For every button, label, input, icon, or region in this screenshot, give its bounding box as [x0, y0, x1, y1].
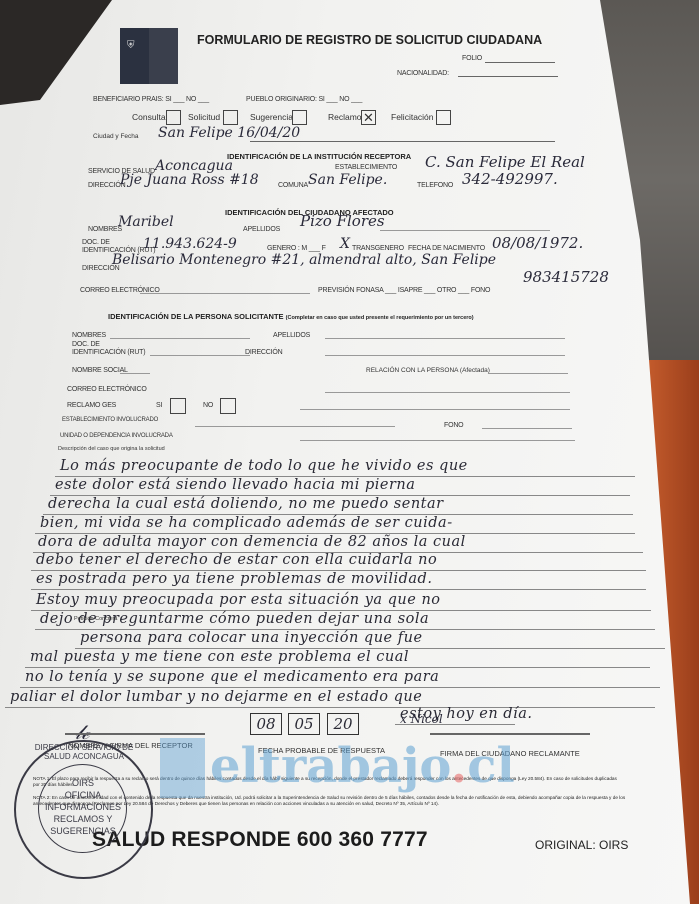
- solicitante-heading: IDENTIFICACIÓN DE LA PERSONA SOLICITANTE…: [108, 312, 474, 321]
- reclamo-checkbox[interactable]: ✕: [361, 110, 376, 125]
- stamp-line-sugerencias: SUGERENCIAS: [38, 826, 128, 836]
- description-line: bien, mi vida se ha complicado además de…: [40, 515, 453, 531]
- solicitante-correo-label: CORREO ELECTRÓNICO: [67, 386, 147, 393]
- afectado-nombres-label: NOMBRES: [88, 226, 122, 233]
- genero-value[interactable]: X: [340, 236, 350, 252]
- original-label: ORIGINAL: OIRS: [535, 838, 628, 852]
- ges-no-label: NO: [203, 402, 213, 409]
- solicitante-doc-label-2: IDENTIFICACIÓN (RUT): [72, 349, 145, 356]
- solicitante-rut-field[interactable]: [150, 355, 250, 356]
- afectado-apellidos-label: APELLIDOS: [243, 226, 280, 233]
- watermark-logo-icon: [160, 738, 205, 798]
- stamp-outer-text: DIRECCIÓN SERVICIO DE SALUD ACONCAGUA: [34, 743, 134, 761]
- establecimiento-involucrado-label: ESTABLECIMIENTO INVOLUCRADO: [62, 417, 158, 423]
- institucion-heading: IDENTIFICACIÓN DE LA INSTITUCIÓN RECEPTO…: [227, 152, 411, 161]
- solicitante-nombres-field[interactable]: [110, 338, 250, 339]
- folio-label: FOLIO: [462, 55, 482, 62]
- form-title: FORMULARIO DE REGISTRO DE SOLICITUD CIUD…: [197, 33, 542, 47]
- ges-no-checkbox[interactable]: [220, 398, 236, 414]
- sugerencia-label: Sugerencia: [250, 112, 293, 122]
- solicitante-correo-field[interactable]: [325, 392, 570, 393]
- stamp-line-oficina: OFICINA: [48, 790, 118, 800]
- firma-receptor-line: [65, 733, 205, 735]
- descripcion-label: Descripción del caso que origina la soli…: [58, 446, 165, 452]
- description-line: Estoy muy preocupada por esta situación …: [36, 592, 441, 608]
- description-line: derecha la cual está doliendo, no me pue…: [48, 496, 444, 512]
- fecha-respuesta-anio[interactable]: 20: [327, 713, 359, 735]
- description-line: no lo tenía y se supone que el medicamen…: [25, 669, 439, 685]
- solicitante-fono-label: FONO: [444, 422, 463, 429]
- ges-si-label: SI: [156, 402, 162, 409]
- solicitante-heading-text: IDENTIFICACIÓN DE LA PERSONA SOLICITANTE: [108, 312, 284, 321]
- official-stamp: DIRECCIÓN SERVICIO DE SALUD ACONCAGUA OI…: [14, 740, 153, 879]
- consulta-label: Consulta: [132, 112, 166, 122]
- description-ruled-line: [25, 667, 650, 668]
- stamp-line-informaciones: INFORMACIONES: [38, 802, 128, 812]
- establecimiento-value[interactable]: C. San Felipe El Real: [425, 153, 585, 171]
- ciudad-fecha-value[interactable]: San Felipe 16/04/20: [158, 125, 300, 141]
- felicitacion-checkbox[interactable]: [436, 110, 451, 125]
- sugerencia-checkbox[interactable]: [292, 110, 307, 125]
- felicitacion-label: Felicitación: [391, 112, 434, 122]
- description-ruled-line: [5, 707, 655, 708]
- afectado-apellidos-value[interactable]: Pizo Flores: [300, 212, 385, 230]
- solicitante-apellidos-label: APELLIDOS: [273, 332, 310, 339]
- watermark-dot: .: [451, 738, 468, 794]
- fecha-respuesta-dia[interactable]: 08: [250, 713, 282, 735]
- unidad-involucrada-field[interactable]: [300, 440, 575, 441]
- description-line: persona para colocar una inyección que f…: [80, 630, 423, 646]
- watermark-text: eltrabajo: [210, 738, 451, 794]
- correo-afectado-field[interactable]: [140, 293, 310, 294]
- reclamo-label: Reclamo: [328, 112, 362, 122]
- ministry-logo: ⛨: [120, 28, 178, 84]
- establecimiento-label: ESTABLECIMIENTO: [335, 164, 397, 171]
- establecimiento-involucrado-field[interactable]: [195, 426, 395, 427]
- telefono-label: TELEFONO: [417, 182, 453, 189]
- solicitante-doc-label: DOC. DEIDENTIFICACIÓN (RUT): [72, 341, 145, 357]
- solicitud-label: Solicitud: [188, 112, 220, 122]
- solicitante-doc-label-1: DOC. DE: [72, 341, 100, 348]
- stamp-line-oirs: OIRS: [48, 778, 118, 788]
- ges-si-checkbox[interactable]: [170, 398, 186, 414]
- solicitante-nombres-label: NOMBRES: [72, 332, 106, 339]
- description-line: dora de adulta mayor con demencia de 82 …: [38, 534, 466, 550]
- ges-line: [300, 409, 570, 410]
- nombre-social-field[interactable]: [120, 373, 150, 374]
- fecha-respuesta-mes[interactable]: 05: [288, 713, 320, 735]
- stamp-line-reclamos: RECLAMOS Y: [38, 814, 128, 824]
- description-line: debo tener el derecho de estar con ella …: [36, 552, 437, 568]
- peticion-concreta-label: Petición Concreta: [74, 616, 117, 622]
- fono-afectado-value[interactable]: 983415728: [523, 268, 609, 286]
- beneficiario-prais-label: BENEFICIARIO PRAIS: SI ___ NO ___: [93, 96, 209, 103]
- watermark-tld: cl: [467, 738, 514, 794]
- description-line: este dolor está siendo llevado hacia mi …: [55, 477, 415, 493]
- ciudad-fecha-label: Ciudad y Fecha: [93, 133, 139, 140]
- transgenero-label: TRANSGENERO: [352, 245, 404, 252]
- apellidos-line: [380, 230, 550, 231]
- description-line: paliar el dolor lumbar y no dejarme en e…: [10, 689, 422, 705]
- pueblo-originario-label: PUEBLO ORIGINARIO: SI ___ NO ___: [246, 96, 362, 103]
- description-line: es postrada pero ya tiene problemas de m…: [36, 571, 432, 587]
- nacionalidad-label: NACIONALIDAD:: [397, 70, 449, 77]
- relacion-label: RELACIÓN CON LA PERSONA (Afectada): [366, 367, 490, 374]
- firma-ciudadano-signature: x Nicol: [400, 712, 443, 726]
- firma-ciudadano-line: [430, 733, 590, 735]
- watermark: eltrabajo.cl: [210, 738, 515, 794]
- prevision-label: PREVISIÓN FONASA ___ ISAPRE ___ OTRO ___…: [318, 287, 490, 294]
- folio-field[interactable]: [485, 62, 555, 63]
- nacionalidad-field[interactable]: [458, 76, 558, 77]
- coat-of-arms-icon: ⛨: [127, 40, 135, 51]
- relacion-field[interactable]: [488, 373, 568, 374]
- doc-label-1: DOC. DE: [82, 239, 110, 246]
- fecha-nacimiento-value[interactable]: 08/08/1972.: [492, 234, 583, 252]
- consulta-checkbox[interactable]: [166, 110, 181, 125]
- solicitante-heading-note: (Completar en caso que usted presente el…: [286, 315, 474, 321]
- genero-label: GENERO : M ___ F: [267, 245, 326, 252]
- solicitante-direccion-label: DIRECCIÓN: [245, 349, 282, 356]
- solicitante-fono-field[interactable]: [482, 428, 572, 429]
- solicitante-apellidos-field[interactable]: [325, 338, 565, 339]
- solicitante-direccion-field[interactable]: [325, 355, 565, 356]
- afectado-nombres-value[interactable]: Maribel: [118, 214, 174, 230]
- form-paper: ⛨ FORMULARIO DE REGISTRO DE SOLICITUD CI…: [0, 0, 699, 904]
- description-line: Lo más preocupante de todo lo que he viv…: [60, 458, 468, 474]
- telefono-value[interactable]: 342-492997.: [462, 170, 558, 188]
- description-ruled-line: [20, 687, 660, 688]
- description-line: mal puesta y me tiene con este problema …: [30, 649, 409, 665]
- comuna-value[interactable]: San Felipe.: [308, 172, 387, 188]
- description-ruled-line: [31, 589, 646, 590]
- ciudad-fecha-line: [250, 141, 555, 142]
- fecha-nacimiento-label: FECHA DE NACIMIENTO: [408, 245, 485, 252]
- direccion-institucion-value[interactable]: Pje Juana Ross #18: [120, 172, 259, 188]
- comuna-label: COMUNA: [278, 182, 308, 189]
- solicitud-checkbox[interactable]: [223, 110, 238, 125]
- afectado-rut-value[interactable]: 11.943.624-9: [143, 236, 237, 252]
- unidad-involucrada-label: UNIDAD O DEPENDENCIA INVOLUCRADA: [60, 433, 173, 439]
- afectado-direccion-value[interactable]: Belisario Montenegro #21, almendral alto…: [112, 252, 496, 268]
- reclamo-ges-label: RECLAMO GES: [67, 402, 116, 409]
